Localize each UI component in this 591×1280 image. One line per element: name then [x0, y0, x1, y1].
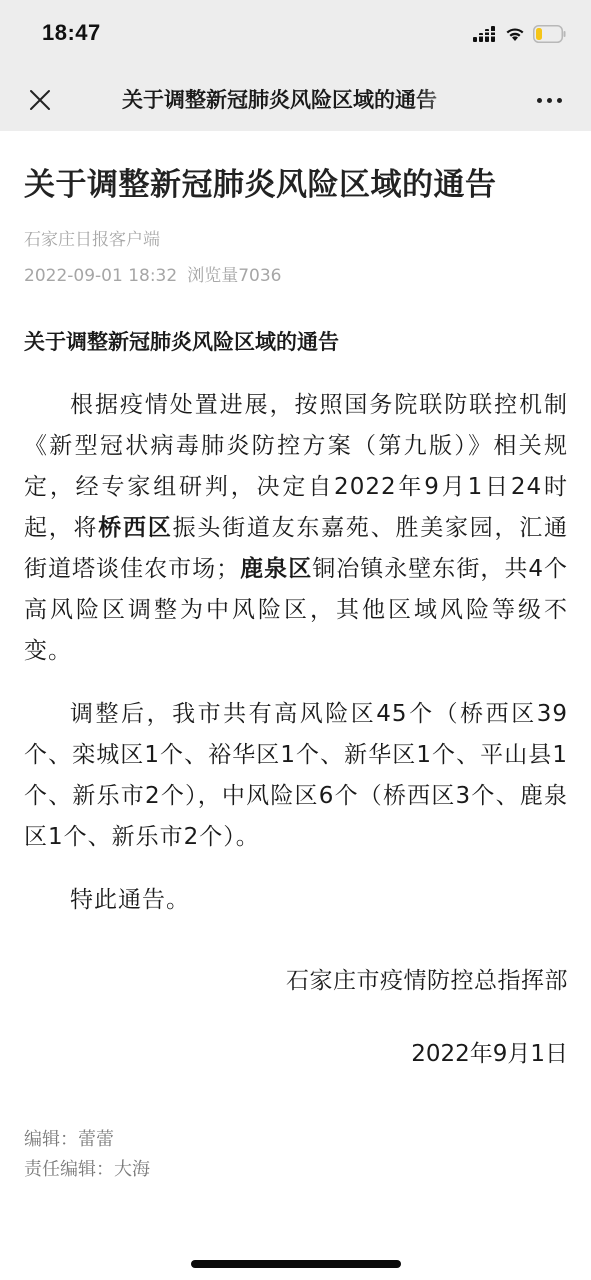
more-icon: [537, 98, 542, 103]
battery-icon: [533, 25, 567, 43]
article-title: 关于调整新冠肺炎风险区域的通告: [24, 163, 568, 207]
content-heading: 关于调整新冠肺炎风险区域的通告: [24, 325, 568, 359]
signature-date: 2022年9月1日: [24, 1034, 568, 1075]
publish-date: 2022-09-01 18:32: [24, 266, 177, 286]
status-time: 18:47: [42, 20, 101, 46]
article-content: 关于调整新冠肺炎风险区域的通告 根据疫情处置进展，按照国务院联防联控机制《新型冠…: [24, 325, 568, 1075]
signature: 石家庄市疫情防控总指挥部: [24, 961, 568, 1002]
wifi-icon: [505, 26, 525, 42]
more-icon-dot: [557, 98, 562, 103]
chief-editor: 责任编辑：大海: [24, 1155, 568, 1185]
close-icon: [29, 89, 51, 111]
close-button[interactable]: [22, 82, 58, 118]
editor-credits: 编辑：蕾蕾 责任编辑：大海: [24, 1125, 568, 1185]
article-meta: 2022-09-01 18:32浏览量7036: [24, 263, 568, 289]
district-qiaoxi: 桥西区: [98, 515, 172, 541]
closing-text: 特此通告。: [24, 880, 568, 921]
editor: 编辑：蕾蕾: [24, 1125, 568, 1155]
nav-title: 关于调整新冠肺炎风险区域的通告: [122, 88, 437, 112]
paragraph-2: 调整后，我市共有高风险区45个（桥西区39个、栾城区1个、裕华区1个、新华区1个…: [24, 694, 568, 858]
district-luquan: 鹿泉区: [240, 556, 312, 582]
home-indicator[interactable]: [191, 1260, 401, 1268]
paragraph-1: 根据疫情处置进展，按照国务院联防联控机制《新型冠状病毒肺炎防控方案（第九版）》相…: [24, 385, 568, 672]
nav-title-container: 关于调整新冠肺炎风险区域的通告: [122, 84, 482, 116]
article: 关于调整新冠肺炎风险区域的通告 石家庄日报客户端 2022-09-01 18:3…: [24, 131, 568, 1185]
nav-bar: 关于调整新冠肺炎风险区域的通告: [0, 68, 591, 131]
article-source[interactable]: 石家庄日报客户端: [24, 227, 568, 253]
status-bar: 18:47: [0, 0, 591, 68]
view-count: 浏览量7036: [187, 266, 281, 286]
more-icon-dot: [547, 98, 552, 103]
status-icons: [473, 24, 567, 44]
more-button[interactable]: [529, 82, 569, 118]
phone-screen: 18:47: [0, 0, 591, 1280]
signal-icon: [473, 26, 497, 42]
